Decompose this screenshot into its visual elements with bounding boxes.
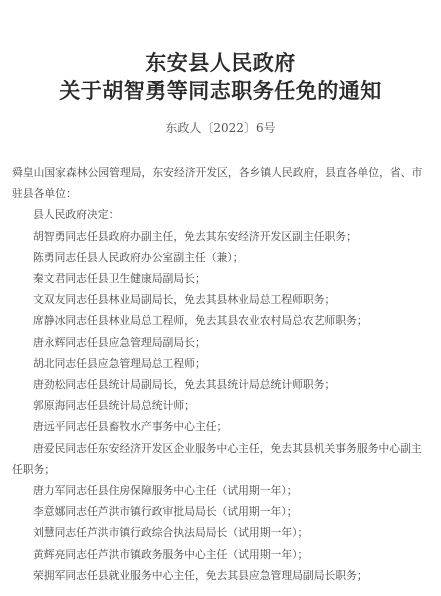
appointment-item: 胡智勇同志任县政府办副主任，免去其东安经济开发区副主任职务；	[12, 226, 430, 247]
appointment-item: 李意娜同志任芦洪市镇行政审批局局长（试用期一年）；	[12, 501, 430, 522]
appointment-item: 陈勇同志任县人民政府办公室副主任（兼）；	[12, 247, 430, 268]
appointment-item: 黄辉亮同志任芦洪市镇政务服务中心主任（试用期一年）；	[12, 544, 430, 565]
appointment-item: 唐劲松同志任县统计局副局长，免去其县统计局总统计师职务；	[12, 374, 430, 395]
appointment-item: 唐远平同志任县畜牧水产事务中心主任；	[12, 416, 430, 437]
document-title-line-1: 东安县人民政府	[0, 47, 441, 77]
appointment-item: 文双友同志任县林业局副局长，免去其县林业局总工程师职务；	[12, 289, 430, 310]
appointment-item: 荣拥军同志任县就业服务中心主任，免去其县应急管理局副局长职务；	[12, 565, 430, 586]
appointment-item: 唐永辉同志任县应急管理局副局长；	[12, 332, 430, 353]
document-body: 舜皇山国家森林公园管理局，东安经济开发区，各乡镇人民政府，县直各单位，省、市驻县…	[12, 162, 430, 586]
appointment-item: 唐爱民同志任东安经济开发区企业服务中心主任，免去其县机关事务服务中心副主任职务；	[12, 438, 430, 480]
appointment-item: 秦文君同志任县卫生健康局副局长；	[12, 268, 430, 289]
document-title-line-2: 关于胡智勇等同志职务任免的通知	[0, 75, 441, 105]
appointment-item: 郭原海同志任县统计局总统计师；	[12, 395, 430, 416]
appointment-item: 席静冰同志任县林业局总工程师，免去其县农业农村局总农艺师职务；	[12, 310, 430, 331]
intro-statement: 县人民政府决定：	[12, 204, 430, 225]
document-number: 东政人〔2022〕6号	[0, 119, 441, 136]
appointment-item: 唐力军同志任县住房保障服务中心主任（试用期一年）；	[12, 480, 430, 501]
appointment-item: 刘慧同志任芦洪市镇行政综合执法局局长（试用期一年）；	[12, 522, 430, 543]
appointment-item: 胡北同志任县应急管理局总工程师；	[12, 353, 430, 374]
addressees: 舜皇山国家森林公园管理局，东安经济开发区，各乡镇人民政府，县直各单位，省、市驻县…	[12, 162, 430, 204]
